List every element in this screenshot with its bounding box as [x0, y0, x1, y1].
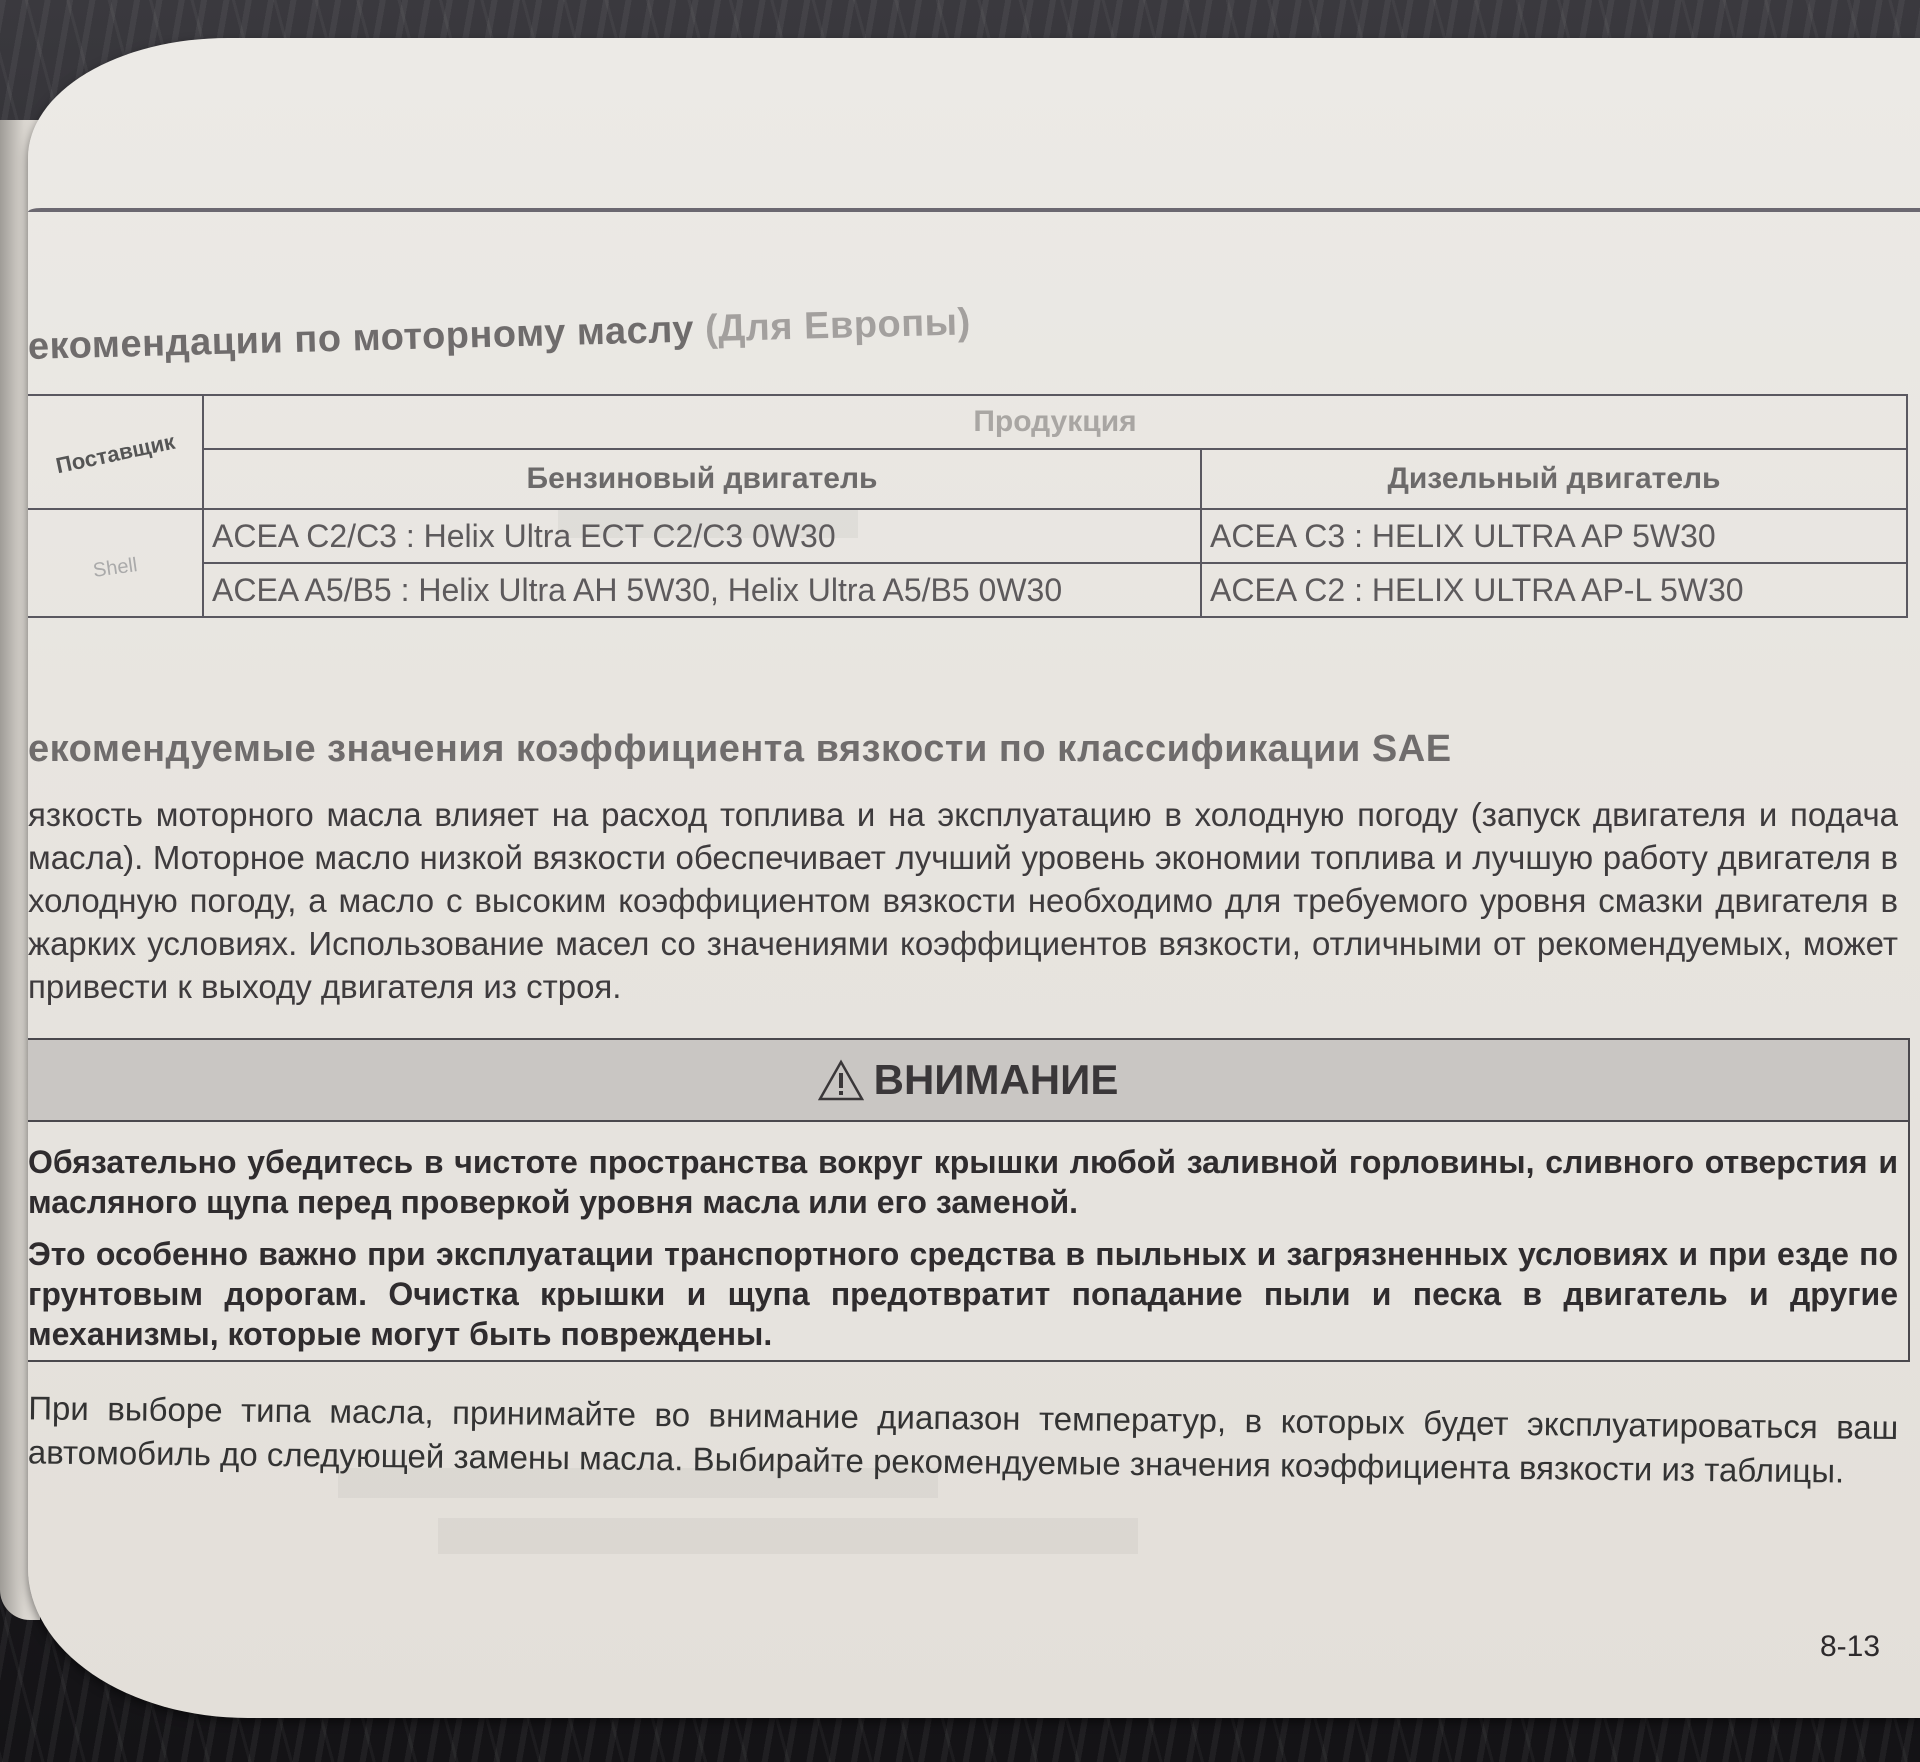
- supplier-cell: Shell: [28, 509, 203, 617]
- diesel-oil-cell: ACEA C2 : HELIX ULTRA AP-L 5W30: [1201, 563, 1907, 617]
- products-header: Продукция: [203, 395, 1907, 449]
- page-number: 8-13: [1820, 1630, 1880, 1664]
- warning-paragraph: Обязательно убедитесь в чистоте простран…: [28, 1142, 1898, 1222]
- diesel-oil-cell: ACEA C3 : HELIX ULTRA AP 5W30: [1201, 509, 1907, 563]
- table-row: ACEA A5/B5 : Helix Ultra AH 5W30, Helix …: [28, 563, 1907, 617]
- diesel-engine-header: Дизельный двигатель: [1201, 449, 1907, 509]
- oil-recommendations-title: екомендации по моторному маслу (Для Евро…: [28, 301, 971, 369]
- warning-body: Обязательно убедитесь в чистоте простран…: [28, 1122, 1908, 1354]
- warning-paragraph: Это особенно важно при эксплуатации тран…: [28, 1234, 1898, 1354]
- petrol-oil-cell: ACEA C2/C3 : Helix Ultra ECT C2/C3 0W30: [203, 509, 1201, 563]
- sae-section-title: екомендуемые значения коэффициента вязко…: [28, 728, 1452, 771]
- warning-box: ВНИМАНИЕ Обязательно убедитесь в чистоте…: [28, 1038, 1910, 1362]
- warning-header: ВНИМАНИЕ: [28, 1040, 1908, 1122]
- warning-triangle-icon: [818, 1059, 864, 1101]
- supplier-header: Поставщик: [28, 395, 203, 509]
- title-main: екомендации по моторному маслу: [28, 308, 706, 368]
- supplier-name: Shell: [91, 554, 138, 583]
- show-through: [438, 1518, 1138, 1554]
- oil-recommendations-table: Поставщик Продукция Бензиновый двигатель…: [28, 394, 1908, 618]
- sae-body-text: язкость моторного масла влияет на расход…: [28, 793, 1898, 1008]
- petrol-engine-header: Бензиновый двигатель: [203, 449, 1201, 509]
- supplier-header-label: Поставщик: [53, 429, 177, 480]
- oil-selection-text: При выборе типа масла, принимайте во вни…: [28, 1386, 1898, 1494]
- warning-title: ВНИМАНИЕ: [874, 1056, 1119, 1104]
- table-row: Shell ACEA C2/C3 : Helix Ultra ECT C2/C3…: [28, 509, 1907, 563]
- manual-page: екомендации по моторному маслу (Для Евро…: [28, 38, 1920, 1718]
- petrol-oil-cell: ACEA A5/B5 : Helix Ultra AH 5W30, Helix …: [203, 563, 1201, 617]
- header-rule: [28, 208, 1920, 212]
- title-suffix: (Для Европы): [704, 301, 971, 350]
